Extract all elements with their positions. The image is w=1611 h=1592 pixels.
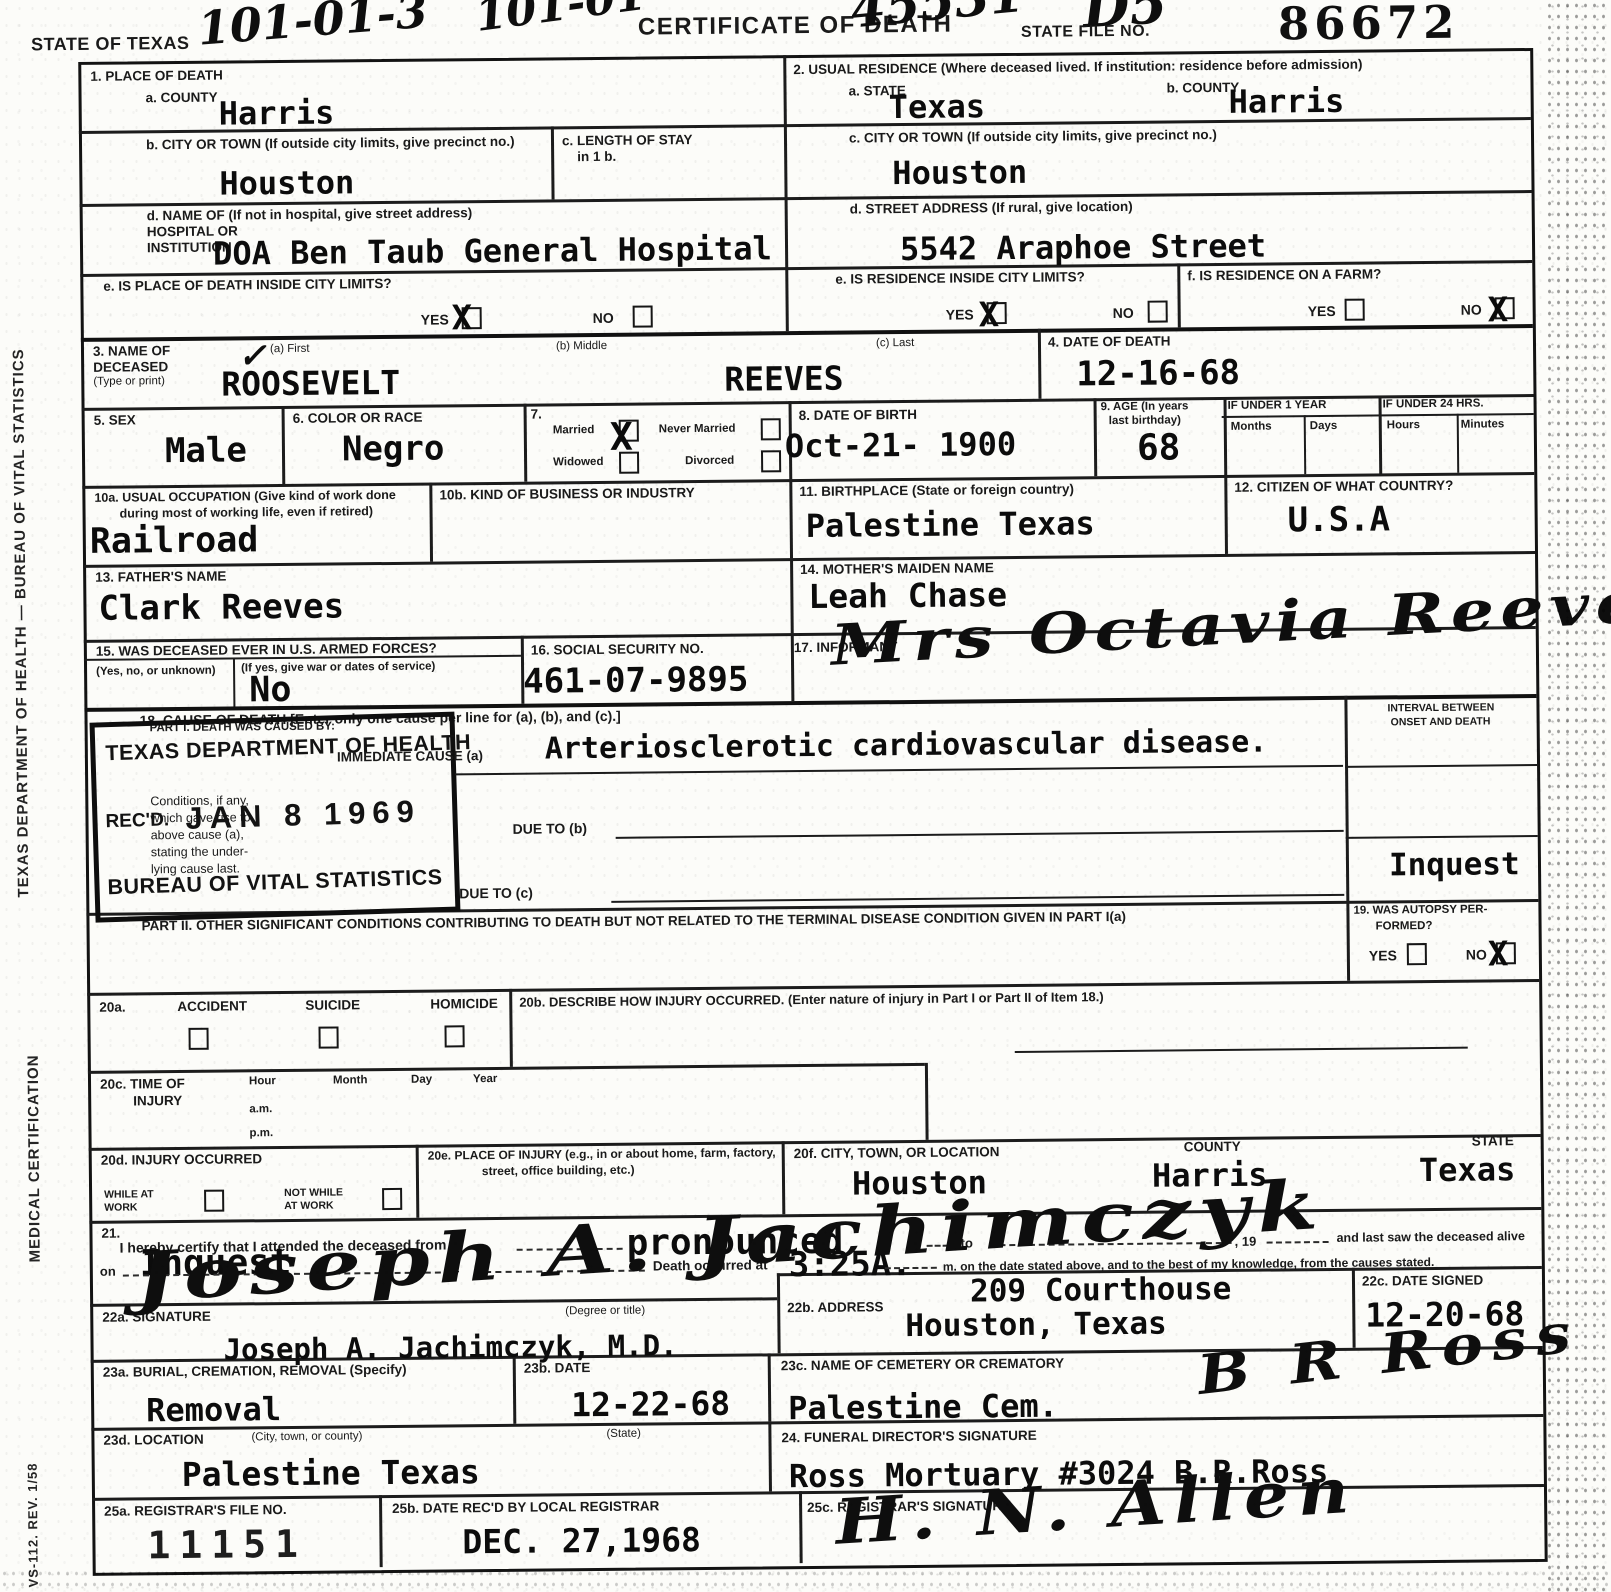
registrar-file-value: 11151 <box>147 1525 307 1565</box>
state-file-no-label: STATE FILE NO. <box>1021 23 1150 43</box>
street-address-value: 5542 Araphoe Street <box>900 230 1266 266</box>
time-of-injury-label1: 20c. TIME OF <box>100 1076 185 1092</box>
if-under-1-year-label: IF UNDER 1 YEAR <box>1228 399 1327 413</box>
father-name-label: 13. FATHER'S NAME <box>95 569 226 586</box>
margin-form-number: VS-112. REV. 1/58 <box>24 1407 41 1587</box>
county-value: Harris <box>219 96 335 129</box>
days-label: Days <box>1310 420 1338 433</box>
no-label: NO <box>1466 946 1487 962</box>
residence-farm-no-mark: X <box>1488 293 1509 327</box>
yes-label: YES <box>946 306 974 322</box>
ssn-label: 16. SOCIAL SECURITY NO. <box>531 641 704 658</box>
stamp-recd: REC'D. <box>105 809 169 833</box>
length-of-stay-sub: in 1 b. <box>577 149 616 165</box>
address-line2: Houston, Texas <box>905 1309 1167 1343</box>
due-to-b-label: DUE TO (b) <box>513 820 588 837</box>
injury-city-label: 20f. CITY, TOWN, OR LOCATION <box>794 1144 1000 1161</box>
received-stamp: TEXAS DEPARTMENT OF HEALTH REC'D. JAN 8 … <box>90 712 461 923</box>
hours-label: Hours <box>1387 419 1420 433</box>
name-of-deceased-label1: 3. NAME OF <box>93 343 170 359</box>
interval-label-2: ONSET AND DEATH <box>1391 715 1491 728</box>
never-married-label: Never Married <box>659 423 736 437</box>
armed-forces-label: 15. WAS DECEASED EVER IN U.S. ARMED FORC… <box>96 641 437 660</box>
race-value: Negro <box>342 431 445 466</box>
yes-label: YES <box>1308 303 1336 319</box>
widowed-label: Widowed <box>553 456 603 470</box>
city-value: Houston <box>219 166 354 199</box>
months-label: Months <box>1231 421 1272 435</box>
date-of-birth-label: 8. DATE OF BIRTH <box>799 407 917 424</box>
stamp-line3: BUREAU OF VITAL STATISTICS <box>107 865 443 900</box>
if-under-24-hrs-label: IF UNDER 24 HRS. <box>1383 397 1484 411</box>
citizen-label: 12. CITIZEN OF WHAT COUNTRY? <box>1234 478 1453 496</box>
injury-county-label: COUNTY <box>1184 1139 1241 1155</box>
residence-city-value: Houston <box>892 156 1027 189</box>
sex-value: Male <box>165 433 247 468</box>
injury-state-label: STATE <box>1472 1133 1514 1149</box>
burial-date-value: 12-22-68 <box>571 1387 730 1422</box>
birthplace-label: 11. BIRTHPLACE (State or foreign country… <box>799 481 1074 499</box>
accident-checkbox <box>189 1028 209 1050</box>
death-city-limits-label: e. IS PLACE OF DEATH INSIDE CITY LIMITS? <box>103 276 391 294</box>
am-label: a.m. <box>249 1103 272 1116</box>
burial-date-label: 23b. DATE <box>524 1360 591 1376</box>
sex-label: 5. SEX <box>94 412 136 428</box>
hospital-value: DOA Ben Taub General Hospital <box>213 232 772 269</box>
stamp-date: JAN 8 1969 <box>185 794 421 837</box>
autopsy-yes-checkbox <box>1407 943 1427 965</box>
immediate-cause-label: IMMEDIATE CAUSE (a) <box>337 748 483 765</box>
day-label: Day <box>411 1074 432 1087</box>
date-signed-label: 22c. DATE SIGNED <box>1362 1273 1483 1290</box>
street-address-label: d. STREET ADDRESS (If rural, give locati… <box>850 199 1133 217</box>
registrar-date-value: DEC. 27,1968 <box>462 1523 701 1558</box>
handwritten-code-1: 101-01-3 <box>196 0 429 52</box>
autopsy-label2: FORMED? <box>1376 920 1433 934</box>
cemetery-value: Palestine Cem. <box>788 1390 1058 1425</box>
no-label: NO <box>1461 301 1482 317</box>
date-of-death-value: 12-16-68 <box>1076 356 1240 392</box>
homicide-label: HOMICIDE <box>430 996 498 1012</box>
divorced-checkbox <box>761 450 781 472</box>
interval-c-value: Inquest <box>1389 849 1520 881</box>
death-certificate-scan: STATE OF TEXAS 101-01-3 101-01 CERTIFICA… <box>0 0 1611 1592</box>
yes-label: YES <box>1369 947 1397 963</box>
due-to-c-label: DUE TO (c) <box>459 885 533 902</box>
occupation-value: Railroad <box>90 523 259 560</box>
ssn-value: 461-07-9895 <box>523 663 748 699</box>
not-while-at-work-label2: AT WORK <box>284 1200 334 1213</box>
while-at-work-checkbox <box>204 1190 224 1212</box>
state-file-number: 86672 <box>1278 0 1460 50</box>
injury-occurred-label: 20d. INJURY OCCURRED <box>101 1151 262 1168</box>
no-label: NO <box>593 310 614 326</box>
death-city-limits-yes-mark: X <box>452 301 473 335</box>
first-name-label: (a) First <box>270 343 310 357</box>
armed-forces-sub1: (Yes, no, or unknown) <box>96 665 216 679</box>
name-of-deceased-label3: (Type or print) <box>93 375 165 389</box>
marital-box-number: 7. <box>531 407 542 423</box>
hospital-label: d. NAME OF (If not in hospital, give str… <box>147 205 473 224</box>
married-label: Married <box>553 424 595 438</box>
burial-type-label: 23a. BURIAL, CREMATION, REMOVAL (Specify… <box>103 1362 407 1380</box>
name-of-deceased-label2: DECEASED <box>93 359 168 375</box>
never-married-checkbox <box>761 418 781 440</box>
burial-location-sub2: (State) <box>606 1428 641 1442</box>
box-21-number: 21. <box>101 1226 120 1242</box>
handwritten-code-2: 101-01 <box>473 0 649 39</box>
residence-city-limits-yes-mark: X <box>979 298 1000 332</box>
place-of-injury-label2: street, office building, etc.) <box>482 1164 635 1179</box>
last-name-value: REEVES <box>724 362 844 396</box>
widowed-checkbox <box>619 452 639 474</box>
while-at-work-label2: WORK <box>104 1201 137 1213</box>
county-label: a. COUNTY <box>146 90 218 106</box>
physician-name-typed: Joseph A. Jachimczyk, M.D. <box>223 1331 677 1364</box>
autopsy-no-mark: X <box>1488 937 1509 971</box>
margin-medical-certification-text: MEDICAL CERTIFICATION <box>23 892 44 1262</box>
suicide-label: SUICIDE <box>305 997 360 1013</box>
immediate-cause-value: Arteriosclerotic cardiovascular disease. <box>545 728 1268 765</box>
address-line1: 209 Courthouse <box>970 1274 1232 1308</box>
while-at-work-label1: WHILE AT <box>104 1188 154 1201</box>
certify-text-2: and last saw the deceased alive <box>1337 1229 1525 1245</box>
homicide-checkbox <box>444 1025 464 1047</box>
address-label: 22b. ADDRESS <box>787 1299 883 1315</box>
industry-label: 10b. KIND OF BUSINESS OR INDUSTRY <box>439 485 694 503</box>
married-mark: X <box>610 418 633 456</box>
residence-city-limits-label: e. IS RESIDENCE INSIDE CITY LIMITS? <box>835 269 1085 287</box>
month-label: Month <box>333 1074 368 1088</box>
last-name-label: (c) Last <box>876 337 914 351</box>
age-value: 68 <box>1137 430 1181 466</box>
death-city-limits-no-checkbox <box>633 305 653 327</box>
age-label2: last birthday) <box>1109 414 1181 428</box>
registrar-date-label: 25b. DATE REC'D BY LOCAL REGISTRAR <box>392 1498 659 1516</box>
handwritten-code-3: 45531 <box>848 0 1026 35</box>
certificate-body: STATE OF TEXAS 101-01-3 101-01 CERTIFICA… <box>0 0 1611 1592</box>
occupation-label1: 10a. USUAL OCCUPATION (Give kind of work… <box>94 488 396 505</box>
race-label: 6. COLOR OR RACE <box>293 410 423 427</box>
funeral-director-label: 24. FUNERAL DIRECTOR'S SIGNATURE <box>781 1428 1036 1446</box>
burial-location-value: Palestine Texas <box>182 1455 480 1491</box>
burial-type-value: Removal <box>146 1393 281 1426</box>
box-20a-number: 20a. <box>99 1000 125 1016</box>
no-label: NO <box>1113 305 1134 321</box>
residence-city-limits-no-checkbox <box>1148 301 1168 323</box>
minutes-label: Minutes <box>1461 418 1505 432</box>
margin-department-text: TEXAS DEPARTMENT OF HEALTH — BUREAU OF V… <box>9 207 33 897</box>
place-of-death-title: 1. PLACE OF DEATH <box>90 68 223 85</box>
injury-state-value: Texas <box>1419 1153 1516 1186</box>
date-of-birth-value: Oct-21- 1900 <box>785 428 1016 462</box>
father-name-value: Clark Reeves <box>98 589 344 625</box>
length-of-stay-label: c. LENGTH OF STAY <box>562 132 693 149</box>
interval-label-1: INTERVAL BETWEEN <box>1387 701 1494 714</box>
citizen-value: U.S.A <box>1288 502 1391 537</box>
accident-label: ACCIDENT <box>177 998 247 1014</box>
burial-location-label: 23d. LOCATION <box>103 1432 203 1448</box>
not-while-at-work-label1: NOT WHILE <box>284 1186 343 1199</box>
occupation-label2: during most of working life, even if ret… <box>119 504 373 521</box>
cemetery-label: 23c. NAME OF CEMETERY OR CREMATORY <box>781 1356 1064 1374</box>
residence-state-value: Texas <box>889 90 986 123</box>
year-label: Year <box>473 1073 497 1086</box>
birthplace-value: Palestine Texas <box>806 507 1095 542</box>
armed-forces-value: No <box>249 673 291 708</box>
registrar-file-label: 25a. REGISTRAR'S FILE NO. <box>104 1502 287 1519</box>
hour-label: Hour <box>249 1075 276 1088</box>
residence-farm-label: f. IS RESIDENCE ON A FARM? <box>1187 266 1381 283</box>
age-label1: 9. AGE (In years <box>1101 400 1189 414</box>
first-name-value: ROOSEVELT <box>221 366 400 401</box>
degree-title-label: (Degree or title) <box>565 1305 645 1319</box>
time-of-injury-label2: INJURY <box>133 1093 182 1109</box>
pm-label: p.m. <box>249 1127 273 1140</box>
residence-farm-yes-checkbox <box>1345 299 1365 321</box>
state-of-texas-label: STATE OF TEXAS <box>31 33 190 55</box>
divorced-label: Divorced <box>685 455 734 469</box>
suicide-checkbox <box>318 1026 338 1048</box>
residence-county-value: Harris <box>1229 85 1345 118</box>
date-of-death-label: 4. DATE OF DEATH <box>1048 333 1171 350</box>
autopsy-label1: 19. WAS AUTOPSY PER- <box>1353 903 1487 918</box>
not-while-at-work-checkbox <box>382 1188 402 1210</box>
on-label: on <box>100 1265 116 1280</box>
middle-name-label: (b) Middle <box>556 340 607 354</box>
burial-location-sub1: (City, town, or county) <box>251 1430 362 1444</box>
yes-label: YES <box>421 311 449 327</box>
